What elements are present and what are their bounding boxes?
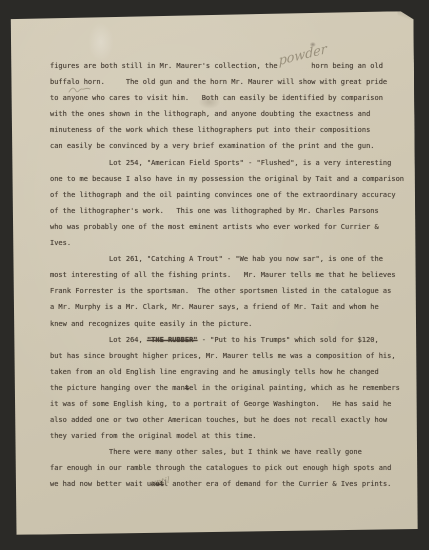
typed-line: it was of some English king, to a portra… bbox=[50, 396, 400, 412]
typed-line: who was probably one of the most eminent… bbox=[50, 219, 400, 235]
typed-line: they varied from the original model at t… bbox=[50, 428, 400, 444]
typed-line: Lot 261, "Catching A Trout" - "We hab yo… bbox=[50, 251, 400, 267]
typed-line: Lot 264, "THE RUBBER" - "Put to his Trum… bbox=[50, 332, 400, 348]
typed-line: one to me because I also have in my poss… bbox=[50, 171, 400, 187]
typed-line: the picture hanging over the mantel in t… bbox=[50, 380, 400, 396]
typed-line: There were many other sales, but I think… bbox=[50, 444, 400, 460]
paper-stain bbox=[88, 22, 114, 62]
typed-line: a Mr. Murphy is a Mr. Clark, Mr. Maurer … bbox=[50, 299, 400, 315]
typed-line: of the lithograph and the oil painting c… bbox=[50, 187, 400, 203]
typed-line: Frank Forrester is the sportsman. The ot… bbox=[50, 283, 400, 299]
typed-line: of the lithographer's work. This one was… bbox=[50, 203, 400, 219]
typed-text: figures are both still in Mr. Maurer's c… bbox=[50, 58, 400, 493]
typed-line: most interesting of all the fishing prin… bbox=[50, 267, 400, 283]
typed-line: we had now better wait unetl another era… bbox=[50, 476, 400, 492]
typed-line: also added one or two other American tou… bbox=[50, 412, 400, 428]
pencil-scribble-mark bbox=[68, 85, 92, 95]
typed-line: Ives. bbox=[50, 235, 400, 251]
typed-line: to anyone who cares to visit him. Both c… bbox=[50, 90, 400, 106]
typed-line: buffalo horn. The old gun and the horn M… bbox=[50, 74, 400, 90]
typed-line: knew and recognizes quite easily in the … bbox=[50, 316, 400, 332]
typed-line: Lot 254, "American Field Sports" - "Flus… bbox=[50, 155, 400, 171]
typed-line: can easily be convinced by a very brief … bbox=[50, 138, 400, 154]
typed-line: far enough in our ramble through the cat… bbox=[50, 460, 400, 476]
typed-line: with the ones shown in the lithograph, a… bbox=[50, 106, 400, 122]
paper-corner-fold bbox=[397, 11, 413, 20]
typed-line: minuteness of the work which these litho… bbox=[50, 122, 400, 138]
typed-line: figures are both still in Mr. Maurer's c… bbox=[50, 58, 400, 74]
typed-line: taken from an old English line engraving… bbox=[50, 364, 400, 380]
scan-background: figures are both still in Mr. Maurer's c… bbox=[0, 0, 429, 550]
paper-speck bbox=[310, 42, 316, 47]
typed-line: but has since brought higher prices, Mr.… bbox=[50, 348, 400, 364]
